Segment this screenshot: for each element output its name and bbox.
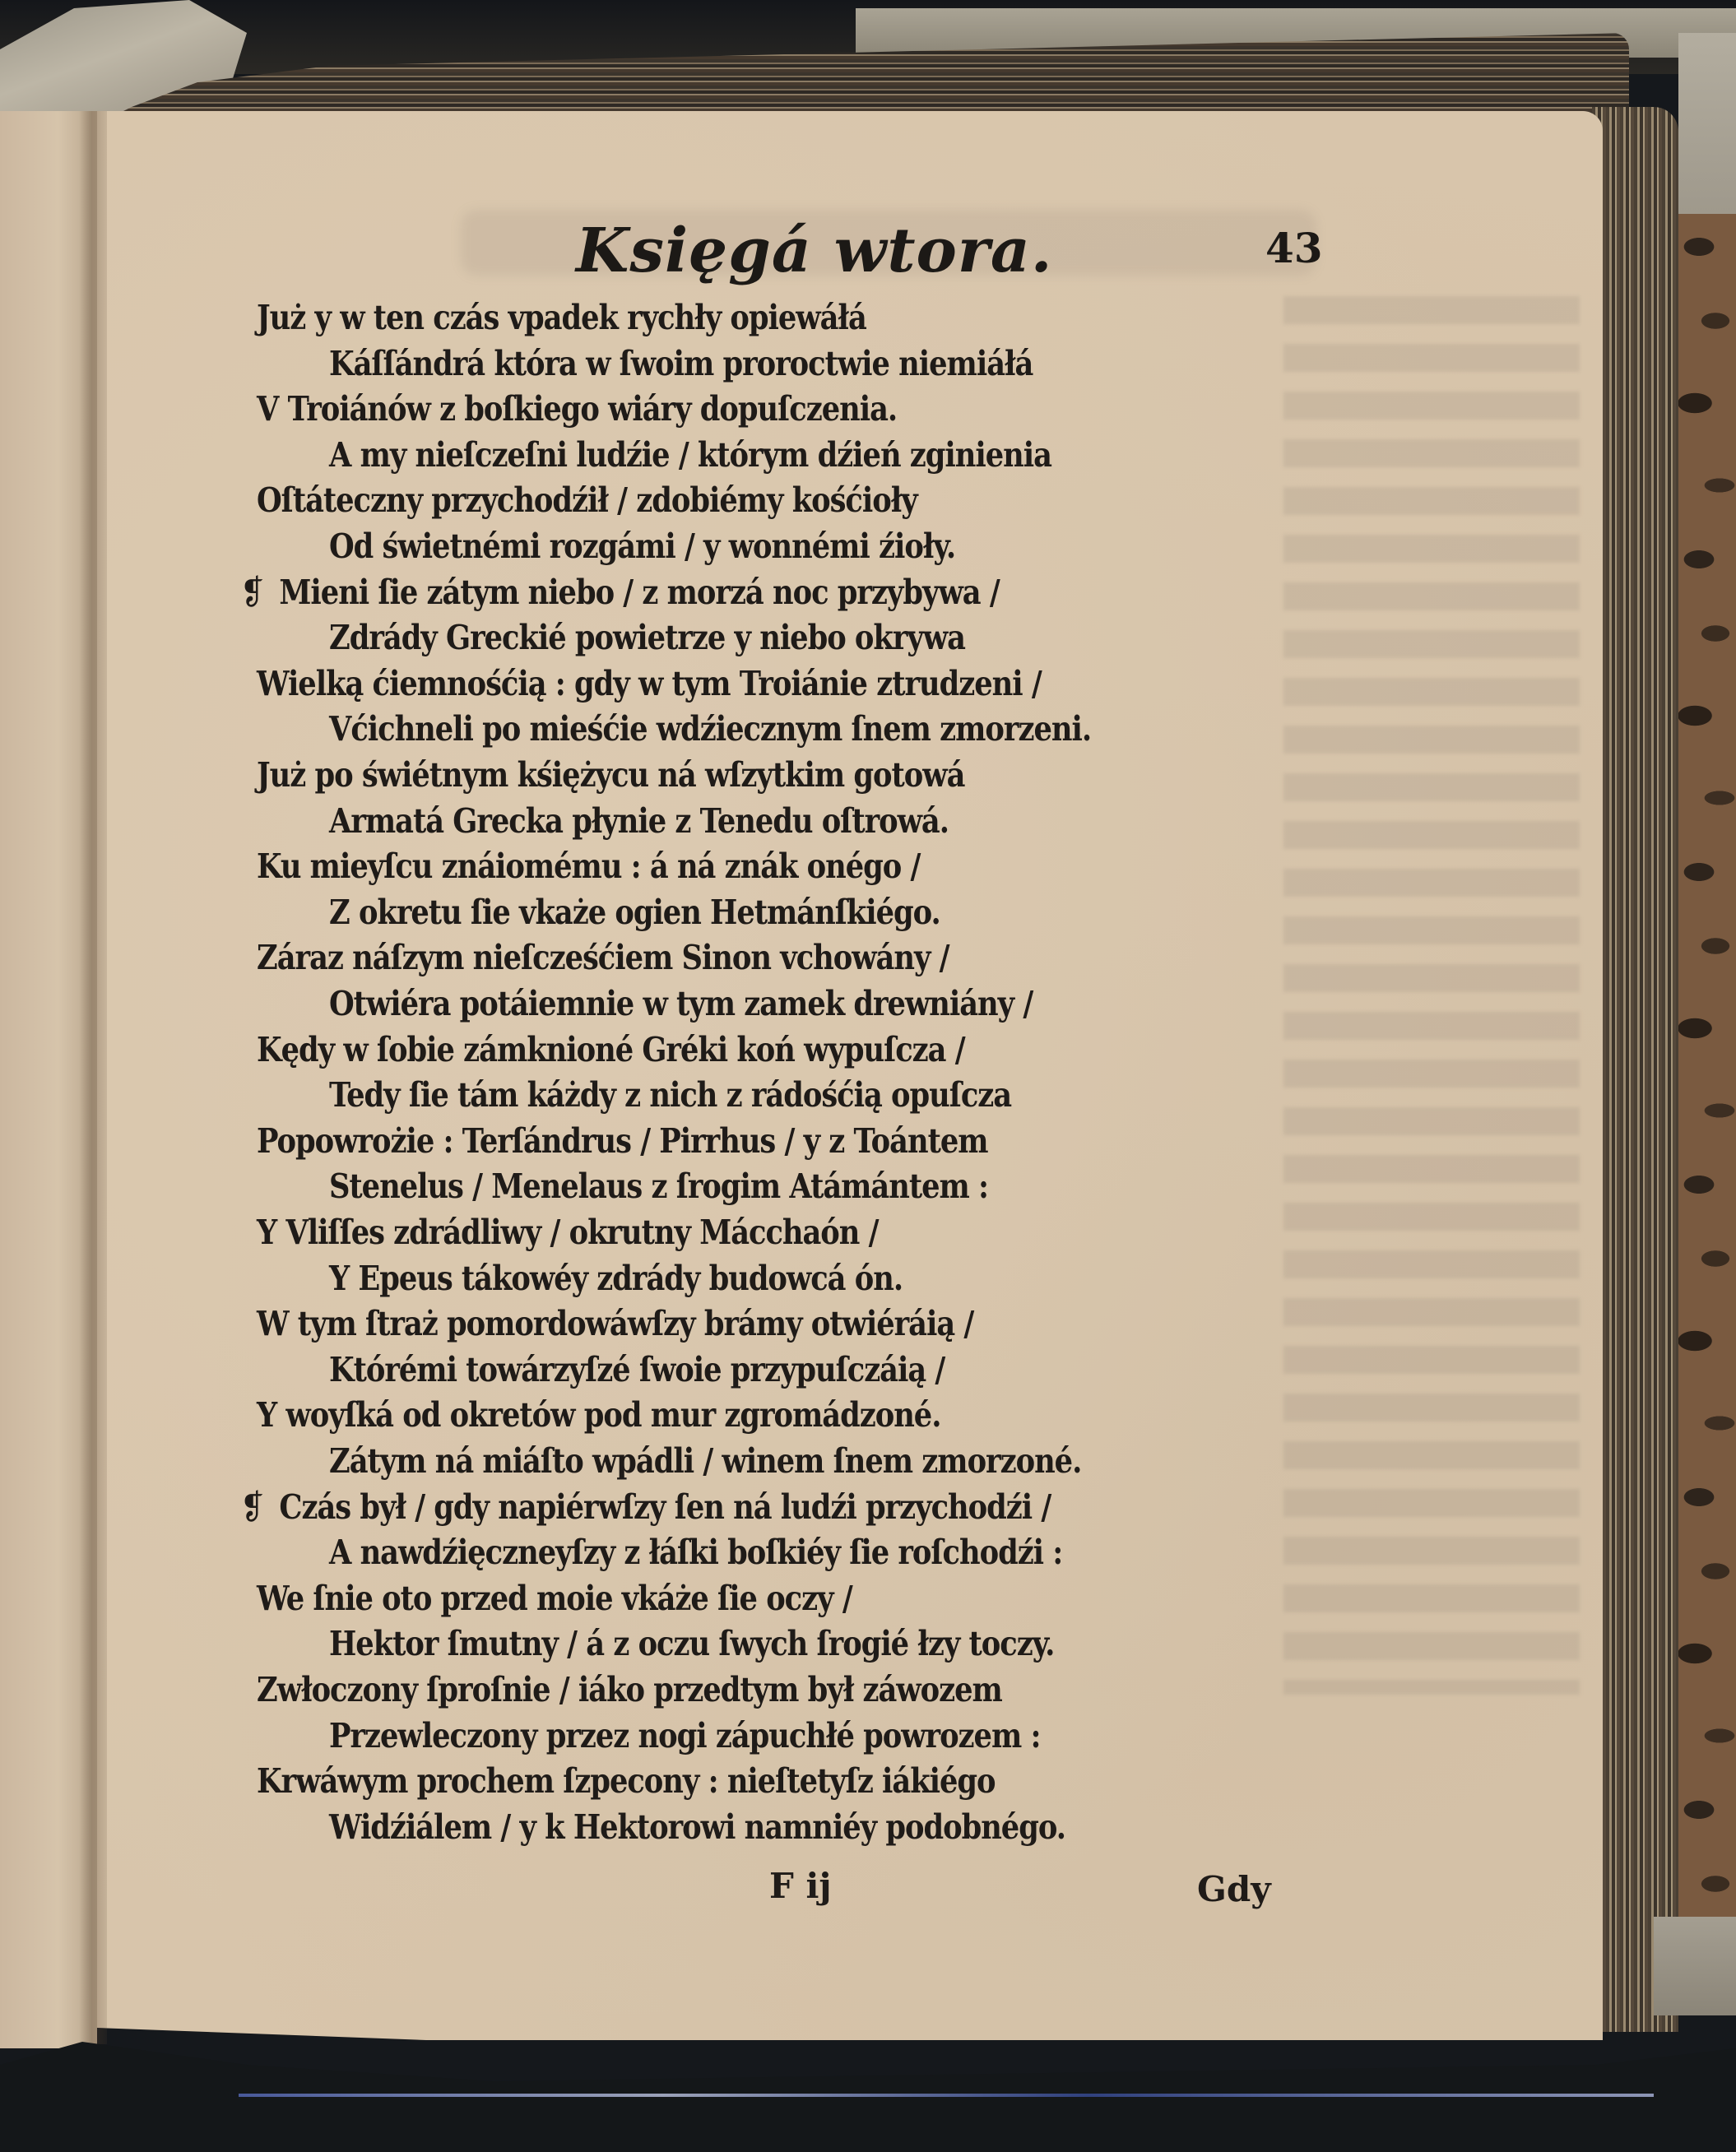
verse-line-text: Kędy w ſobie zámknioné Gréki koń wypuſcz…: [257, 1030, 965, 1069]
verse-line-text: Krwáwym prochem ſzpecony : nieſtetyſz iá…: [257, 1761, 996, 1801]
verse-line: Káſſándrá która w ſwoim proroctwie niemi…: [329, 344, 1033, 383]
marbled-endpaper: [1674, 214, 1736, 1991]
verse-line: We ſnie oto przed moie vkáże ſie oczy /: [257, 1579, 852, 1618]
verse-line: Przewleczony przez nogi zápuchłé powroze…: [329, 1716, 1040, 1755]
verse-line-text: W tym ſtraż pomordowáwſzy brámy otwiérái…: [257, 1304, 973, 1343]
verse-line: Armatá Grecka płynie z Tenedu oſtrowá.: [329, 801, 949, 841]
verse-line: Zdrády Greckié powietrze y niebo okrywa: [329, 618, 965, 657]
verse-line: Kędy w ſobie zámknioné Gréki koń wypuſcz…: [257, 1030, 965, 1069]
verse-line: Od świetnémi rozgámi / y wonnémi źioły.: [329, 526, 955, 566]
verse-line: Którémi towárzyſzé ſwoie przypuſczáią /: [329, 1350, 945, 1389]
verse-line-text: Mieni ſie zátym niebo / z morzá noc przy…: [279, 573, 999, 612]
vellum-cover-right: [1678, 33, 1736, 230]
page-edges-right: [1592, 107, 1678, 2032]
verse-line: Zárаz náſzym nieſcześćiem Sinon vchowány…: [257, 938, 949, 977]
verse-line-text: Widźiálem / y k Hektorowi namniéy podobn…: [329, 1807, 1065, 1847]
verse-line-text: A my nieſczeſni ludźie / którym dźień zg…: [329, 435, 1051, 475]
verse-line-text: Zwłoczony ſproſnie / iáko przedtym był z…: [257, 1670, 1002, 1709]
verse-line: Oſtáteczny przychodźił / zdobiémy kośćio…: [257, 480, 917, 520]
verse-line-text: Popowrożie : Terſándrus / Pirrhus / y z …: [257, 1121, 988, 1161]
show-through-text: [1283, 296, 1580, 1695]
verse-line: ❡Mieni ſie zátym niebo / z morzá noc prz…: [240, 573, 1000, 612]
verse-line-text: V Troiánów z boſkiego wiáry dopuſczenia.: [257, 389, 897, 429]
verse-line: Już po świétnym kśiężycu ná wſzytkim got…: [257, 755, 964, 795]
verse-line: Y Vliſſes zdrádliwy / okrutny Mácchaón /: [257, 1213, 878, 1252]
verse-line: Już y w ten czás vpadek rychły opiewáłá: [257, 298, 866, 337]
verse-line: V Troiánów z boſkiego wiáry dopuſczenia.: [257, 389, 897, 429]
verse-line-text: Już po świétnym kśiężycu ná wſzytkim got…: [257, 755, 964, 795]
verse-line: Widźiálem / y k Hektorowi namniéy podobn…: [329, 1807, 1065, 1847]
background-bottom: [0, 2032, 1736, 2152]
verse-line-text: Káſſándrá która w ſwoim proroctwie niemi…: [329, 344, 1033, 383]
pilcrow-icon: ❡: [240, 1487, 264, 1527]
book-gutter: [79, 111, 107, 2044]
verse-line-text: Otwiéra potáiemnie w tym zamek drewniány…: [329, 984, 1033, 1023]
verse-line: Vćichneli po mieśćie wdźiecznym ſnem zmo…: [329, 709, 1091, 749]
verse-line-text: Hektor ſmutny / á z oczu ſwych ſrogié łz…: [329, 1624, 1054, 1663]
vellum-cover-bottom-right: [1654, 1917, 1736, 2015]
verse-line-text: Y woyſká od okretów pod mur zgromádzoné.: [257, 1395, 940, 1435]
verse-line-text: Stenelus / Menelaus z ſrogim Atámántem :: [329, 1166, 988, 1206]
verse-line: Y Epeus tákowéy zdrády budowcá ón.: [329, 1259, 903, 1298]
verse-line-text: Od świetnémi rozgámi / y wonnémi źioły.: [329, 526, 955, 566]
verse-line: Y woyſká od okretów pod mur zgromádzoné.: [257, 1395, 940, 1435]
verse-line: A nawdźięczneyſzy z łáſki boſkiéy ſie ro…: [329, 1533, 1062, 1572]
verse-line-text: Zátym ná miáſto wpádli / winem ſnem zmor…: [329, 1441, 1081, 1481]
verse-line-text: Ku mieyſcu znáiomému : á ná znák onégo /: [257, 846, 920, 886]
verse-line-text: Vćichneli po mieśćie wdźiecznym ſnem zmo…: [329, 709, 1091, 749]
page-number: 43: [1265, 224, 1323, 272]
verse-line: Wielką ćiemnośćią : gdy w tym Troiánie z…: [257, 664, 1042, 703]
verse-line: ❡Czás był / gdy napiérwſzy ſen ná ludźi …: [240, 1487, 1051, 1527]
verse-line: Otwiéra potáiemnie w tym zamek drewniány…: [329, 984, 1033, 1023]
verse-line: Stenelus / Menelaus z ſrogim Atámántem :: [329, 1166, 988, 1206]
cover-edge-highlight: [239, 2094, 1654, 2097]
verse-line-text: Y Vliſſes zdrádliwy / okrutny Mácchaón /: [257, 1213, 878, 1252]
verse-line-text: We ſnie oto przed moie vkáże ſie oczy /: [257, 1579, 852, 1618]
verse-line-text: Tedy ſie tám káżdy z nich z rádośćią opu…: [329, 1075, 1011, 1115]
verse-line: Z okretu ſie vkaże ogien Hetmánſkiégo.: [329, 893, 940, 932]
verse-line-text: Zárаz náſzym nieſcześćiem Sinon vchowány…: [257, 938, 949, 977]
verse-line-text: Wielką ćiemnośćią : gdy w tym Troiánie z…: [257, 664, 1042, 703]
verse-line: Ku mieyſcu znáiomému : á ná znák onégo /: [257, 846, 920, 886]
verse-line-text: A nawdźięczneyſzy z łáſki boſkiéy ſie ro…: [329, 1533, 1062, 1572]
signature-mark: F ij: [769, 1866, 832, 1906]
verse-line: Krwáwym prochem ſzpecony : nieſtetyſz iá…: [257, 1761, 996, 1801]
verse-line: Hektor ſmutny / á z oczu ſwych ſrogié łz…: [329, 1624, 1054, 1663]
verse-line: Zátym ná miáſto wpádli / winem ſnem zmor…: [329, 1441, 1081, 1481]
verse-line-text: Którémi towárzyſzé ſwoie przypuſczáią /: [329, 1350, 945, 1389]
verse-line: A my nieſczeſni ludźie / którym dźień zg…: [329, 435, 1051, 475]
verse-line-text: Już y w ten czás vpadek rychły opiewáłá: [257, 298, 866, 337]
catchword: Gdy: [1197, 1869, 1271, 1909]
verse-line: Tedy ſie tám káżdy z nich z rádośćią opu…: [329, 1075, 1011, 1115]
verse-line-text: Czás był / gdy napiérwſzy ſen ná ludźi p…: [279, 1487, 1051, 1527]
verse-line: Zwłoczony ſproſnie / iáko przedtym był z…: [257, 1670, 1002, 1709]
verse-line-text: Oſtáteczny przychodźił / zdobiémy kośćio…: [257, 480, 917, 520]
pilcrow-icon: ❡: [240, 573, 264, 612]
running-head: Księgá wtora.: [576, 216, 1053, 286]
verse-line-text: Armatá Grecka płynie z Tenedu oſtrowá.: [329, 801, 949, 841]
verse-line-text: Z okretu ſie vkaże ogien Hetmánſkiégo.: [329, 893, 940, 932]
verse-line-text: Przewleczony przez nogi zápuchłé powroze…: [329, 1716, 1040, 1755]
verse-line: Popowrożie : Terſándrus / Pirrhus / y z …: [257, 1121, 988, 1161]
verse-line: W tym ſtraż pomordowáwſzy brámy otwiérái…: [257, 1304, 973, 1343]
verse-line-text: Y Epeus tákowéy zdrády budowcá ón.: [329, 1259, 903, 1298]
verse-line-text: Zdrády Greckié powietrze y niebo okrywa: [329, 618, 965, 657]
